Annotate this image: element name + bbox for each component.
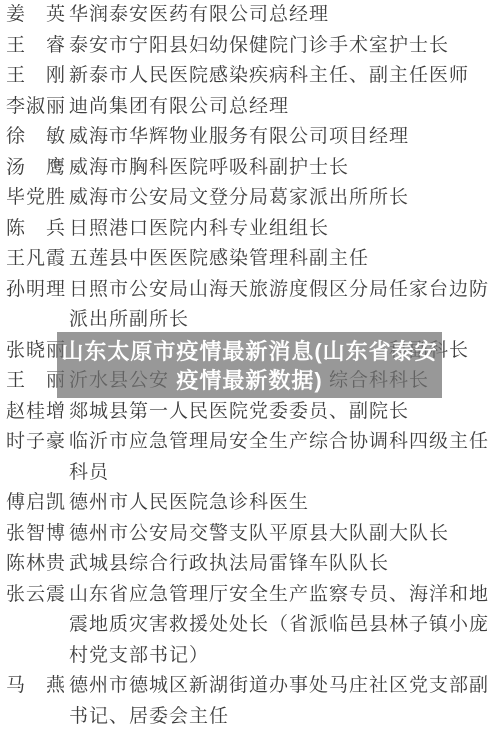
person-title: 临沂市应急管理局安全生产综合协调科四级主任科员 — [69, 427, 500, 488]
person-title: 新泰市人民医院感染疾病科主任、副主任医师 — [69, 61, 500, 92]
list-row: 张云震 山东省应急管理厅安全生产监察专员、海洋和地震地质灾害救援处处长（省派临邑… — [0, 580, 500, 672]
person-name: 时子豪 — [0, 427, 69, 458]
person-name: 傅启凯 — [0, 488, 69, 519]
list-row: 赵桂增 郯城县第一人民医院党委委员、副院长 — [0, 397, 500, 428]
person-name: 赵桂增 — [0, 397, 69, 428]
list-row: 李淑丽 迪尚集团有限公司总经理 — [0, 92, 500, 123]
person-name: 孙明理 — [0, 275, 69, 306]
person-title: 日照市公安局山海天旅游度假区分局任家台边防派出所副所长 — [69, 275, 500, 336]
person-title: 德州市公安局交警支队平原县大队副大队长 — [69, 519, 500, 550]
person-name: 陈林贵 — [0, 549, 69, 580]
list-row: 王 睿 泰安市宁阳县妇幼保健院门诊手术室护士长 — [0, 31, 500, 62]
list-row: 孙明理 日照市公安局山海天旅游度假区分局任家台边防派出所副所长 — [0, 275, 500, 336]
person-name: 徐 敏 — [0, 122, 69, 153]
person-title: 日照港口医院内科专业组组长 — [69, 214, 500, 245]
person-title: 山东省应急管理厅安全生产监察专员、海洋和地震地质灾害救援处处长（省派临邑县林子镇… — [69, 580, 500, 672]
person-name: 王 刚 — [0, 61, 69, 92]
list-row: 陈 兵 日照港口医院内科专业组组长 — [0, 214, 500, 245]
person-title: 德州市人民医院急诊科医生 — [69, 488, 500, 519]
list-row: 姜 英 华润泰安医药有限公司总经理 — [0, 0, 500, 31]
person-name: 姜 英 — [0, 0, 69, 31]
list-row: 王凡霞 五莲县中医医院感染管理科副主任 — [0, 244, 500, 275]
person-title: 华润泰安医药有限公司总经理 — [69, 0, 500, 31]
watermark-overlay: 山东太原市疫情最新消息(山东省泰安 疫情最新数据) — [57, 332, 442, 398]
list-row: 王 刚 新泰市人民医院感染疾病科主任、副主任医师 — [0, 61, 500, 92]
list-row: 毕党胜 威海市公安局文登分局葛家派出所所长 — [0, 183, 500, 214]
person-name: 张智博 — [0, 519, 69, 550]
watermark-text-line1: 山东太原市疫情最新消息(山东省泰安 — [57, 337, 442, 366]
list-row: 张智博 德州市公安局交警支队平原县大队副大队长 — [0, 519, 500, 550]
person-title: 郯城县第一人民医院党委委员、副院长 — [69, 397, 500, 428]
person-name: 王凡霞 — [0, 244, 69, 275]
person-title: 泰安市宁阳县妇幼保健院门诊手术室护士长 — [69, 31, 500, 62]
person-title: 武城县综合行政执法局雷锋车队队长 — [69, 549, 500, 580]
list-row: 傅启凯 德州市人民医院急诊科医生 — [0, 488, 500, 519]
person-name: 王 睿 — [0, 31, 69, 62]
person-title: 威海市胸科医院呼吸科副护士长 — [69, 153, 500, 184]
person-name: 陈 兵 — [0, 214, 69, 245]
person-title: 迪尚集团有限公司总经理 — [69, 92, 500, 123]
list-row: 马 燕 德州市德城区新湖街道办事处马庄社区党支部副书记、居委会主任 — [0, 671, 500, 732]
person-name: 马 燕 — [0, 671, 69, 702]
person-title: 五莲县中医医院感染管理科副主任 — [69, 244, 500, 275]
list-row: 陈林贵 武城县综合行政执法局雷锋车队队长 — [0, 549, 500, 580]
list-row: 时子豪 临沂市应急管理局安全生产综合协调科四级主任科员 — [0, 427, 500, 488]
watermark-text-line2: 疫情最新数据) — [57, 366, 442, 395]
person-title: 威海市华辉物业服务有限公司项目经理 — [69, 122, 500, 153]
person-title: 德州市德城区新湖街道办事处马庄社区党支部副书记、居委会主任 — [69, 671, 500, 732]
person-name: 毕党胜 — [0, 183, 69, 214]
person-name: 李淑丽 — [0, 92, 69, 123]
list-row: 汤 鹰 威海市胸科医院呼吸科副护士长 — [0, 153, 500, 184]
person-name: 张云震 — [0, 580, 69, 611]
list-row: 徐 敏 威海市华辉物业服务有限公司项目经理 — [0, 122, 500, 153]
person-title: 威海市公安局文登分局葛家派出所所长 — [69, 183, 500, 214]
person-name: 汤 鹰 — [0, 153, 69, 184]
